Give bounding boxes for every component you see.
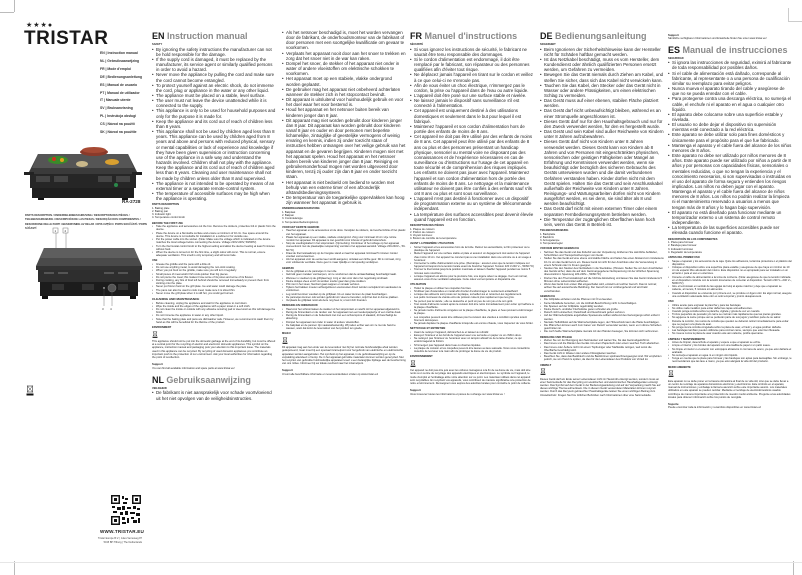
- list-item: The user must not leave the device unatt…: [152, 98, 276, 108]
- cleaning-list: Haal voor het schoonmaken de stekker uit…: [282, 308, 406, 330]
- weee-bin-icon: [410, 360, 416, 367]
- column-fr: FR Manuel d'instructions SÉCURITÉ Si vou…: [410, 30, 534, 396]
- first-use-list: Sortez l'appareil et les accessoires hor…: [410, 246, 534, 281]
- section-heading-de: DE Bedienungsanleitung: [540, 31, 664, 41]
- weee-bin-icon: [152, 331, 158, 338]
- language-item: FR | Mode d'emploi: [100, 66, 142, 74]
- list-item: By ignoring the safety instructions the …: [152, 47, 276, 57]
- list-item: Wenn das Gerät zum ersten Mal eingeschal…: [540, 283, 664, 293]
- list-item: Dit apparaat is uitsluitend voor huishou…: [282, 97, 406, 107]
- list-item: Das Gerät darf nicht mit einem externen …: [540, 206, 664, 216]
- brand-name: TRISTAR: [24, 29, 108, 48]
- list-item: The appliance is not intended to be oper…: [152, 181, 276, 191]
- list-item: Dieses Gerät darf nicht von Kindern unte…: [540, 139, 664, 206]
- list-item: L'appareil n'est pas destiné à fonctionn…: [410, 196, 534, 211]
- list-item: Si le cordon d'alimentation est endommag…: [410, 57, 534, 72]
- safety-list: De fabrikant is niet aansprakelijk voor …: [152, 390, 276, 400]
- list-item: If the supply cord is damaged, it must b…: [152, 57, 276, 72]
- list-item: Verplaats de grillplaat nooit als deze n…: [282, 299, 406, 302]
- list-item: This appliance is only to be used for ho…: [152, 108, 276, 118]
- safety-list: Si ignora las instrucciones de seguridad…: [668, 60, 792, 235]
- model-number: RA-2728: [122, 199, 140, 204]
- list-item: Ist das Netzkabel beschädigt, muss es vo…: [540, 57, 664, 72]
- svg-text:4: 4: [110, 307, 112, 311]
- section-heading-en: EN Instruction manual: [152, 31, 276, 41]
- environment-text: Este aparato no se debe poner en la basu…: [668, 380, 792, 399]
- list-item: Het apparaat is niet bedoeld om bediend …: [282, 180, 406, 195]
- cleaning-list: Before cleaning, unplug the appliance an…: [152, 302, 276, 324]
- list-item: De fabrikant is niet aansprakelijk voor …: [152, 390, 276, 400]
- list-item: El aparato no está diseñado para funcion…: [668, 210, 792, 225]
- brand-logo: ★★★● TRISTAR: [24, 22, 108, 48]
- weee-bin-icon: [26, 384, 34, 396]
- weee-bin-icon: [282, 337, 288, 344]
- svg-text:3: 3: [102, 307, 104, 311]
- language-item: SV | Bruksanvisning: [100, 105, 142, 113]
- list-item: Houd het apparaat en het netsnoer buiten…: [282, 107, 406, 117]
- cover-panel: ★★★● TRISTAR EN | Instruction manual NL …: [0, 0, 148, 575]
- list-item: Coloque el dispositivo sobre una superfi…: [668, 266, 792, 276]
- list-item: Bewegen Sie das Gerät niemals durch Zieh…: [540, 72, 664, 82]
- column-de: DE Bedienungsanleitung SICHERHEIT Beim I…: [540, 30, 664, 397]
- list-item: 4. Temperaturregler: [540, 242, 664, 245]
- list-item: Das Gerät muss auf einer ebenen, stabile…: [540, 98, 664, 108]
- support-text: Sämtliche verfügbaren Informationen und …: [668, 37, 792, 40]
- environment-text: This appliance should not be put into th…: [152, 340, 276, 359]
- company-address: Tristar Europe B.V. | Jules Verneweg 87 …: [92, 537, 142, 546]
- list-item: Este aparato no debe ser utilizado por n…: [668, 153, 792, 210]
- column-es: Support Sämtliche verfügbaren Informatio…: [668, 27, 792, 410]
- list-item: Ne laissez jamais le dispositif sans sur…: [410, 98, 534, 108]
- list-item: El aparato debe colocarse sobre una supe…: [668, 112, 792, 122]
- list-item: De gebruiker mag het apparaat niet onbeh…: [282, 87, 406, 97]
- parts-list: 1. Plaque de cuisson 2. Poêlon de cuisso…: [410, 228, 534, 241]
- list-item: Conecte el cable de alimentación a la to…: [668, 276, 792, 286]
- section-heading-nl: NL Gebruiksaanwijzing: [152, 375, 276, 385]
- list-item: Keep the appliance and its cord out of r…: [152, 119, 276, 129]
- weee-bin-icon: [540, 368, 546, 375]
- list-item: Beim Ignorieren der Sicherheitshinweise …: [540, 47, 664, 57]
- language-item: IT | Manuale utente: [100, 97, 142, 105]
- list-item: Als het netsnoer beschadigd is, moet het…: [282, 30, 406, 51]
- first-use-list: Nehmen Sie das Gerät und das Zubehör aus…: [540, 251, 664, 293]
- list-item: Mettez l'appareil sur une surface stable…: [410, 252, 534, 262]
- use-list: Utilice aceite para engrasar la plancha …: [668, 304, 792, 336]
- use-list: Vet de grillplaat en de pannetjes in met…: [282, 270, 406, 302]
- list-item: Het apparaat moet op een stabiele, vlakk…: [282, 76, 406, 86]
- language-item: EN | Instruction manual: [100, 50, 142, 58]
- list-item: No mueva nunca la placa de asar cuando e…: [668, 332, 792, 335]
- safety-list: Als het netsnoer beschadigd is, moet het…: [282, 30, 406, 205]
- use-list: Grease the griddle and the pans with a l…: [152, 263, 276, 295]
- language-item: NL | Gebruiksaanwijzing: [100, 58, 142, 66]
- list-item: Cuando el dispositivo se enciende por pr…: [668, 292, 792, 298]
- support-text: Puede encontrar toda la información y re…: [668, 406, 792, 409]
- first-use-list: Take the appliance and accessories out t…: [152, 225, 276, 257]
- website-link[interactable]: WWW.TRISTAR.EU: [100, 529, 144, 534]
- list-item: Cet appareil est uniquement destiné à de…: [410, 108, 534, 123]
- first-use-list: Saque el aparato y los accesorios de la …: [668, 260, 792, 298]
- list-item: Dit apparaat mag niet worden gebruikt do…: [282, 118, 406, 180]
- list-item: Die noch heiße Wärmeheizplatte niemals m…: [540, 330, 664, 333]
- list-item: Maintenez l'appareil et son cordon d'ali…: [410, 124, 534, 134]
- cleaning-list: Avant de nettoyer l'appareil, débranchez…: [410, 331, 534, 353]
- section-heading-fr: FR Manuel d'instructions: [410, 31, 534, 41]
- list-item: Als het apparaat voor de eerste keer wor…: [282, 258, 406, 264]
- environment-heading: UMWELT: [540, 364, 664, 368]
- support-text: U kunt alle beschikbare informatie en re…: [282, 373, 406, 376]
- safety-list: By ignoring the safety instructions the …: [152, 47, 276, 202]
- environment-heading: ENVIRONMENT: [152, 326, 276, 330]
- environment-heading: ENVIRONNEMENT: [410, 355, 534, 359]
- parts-list: 1. Backplatte 2. Backform 3. Anzeigelamp…: [540, 233, 664, 246]
- list-item: 4. Temperature control knob: [152, 216, 276, 219]
- list-item: Das Gerät darf nicht unbeaufsichtigt ble…: [540, 108, 664, 118]
- list-item: Verplaats het apparaat nooit door aan he…: [282, 51, 406, 61]
- list-item: When the device is turned on for the fir…: [152, 251, 276, 257]
- list-item: La température des surfaces accessibles …: [410, 212, 534, 222]
- list-item: Si vous ignorez les instructions de sécu…: [410, 47, 534, 57]
- use-list: Huilez la plaque et utilisez les coupell…: [410, 287, 534, 325]
- environment-heading: MILIEU: [282, 332, 406, 336]
- product-photo: [24, 142, 142, 202]
- list-item: To protect yourself against an electric …: [152, 83, 276, 93]
- list-item: Este aparato se debe utilizar solo para …: [668, 132, 792, 142]
- safety-list: Si vous ignorez les instructions de sécu…: [410, 47, 534, 222]
- list-item: The temperature of accessible surfaces m…: [152, 191, 276, 201]
- support-text: You can find all available information a…: [152, 367, 276, 370]
- list-item: 4. Temperatuurbedieningsknop: [282, 221, 406, 224]
- list-item: Tauchen Sie das Kabel, den Stecker oder …: [540, 83, 664, 98]
- language-item: PT | Manual de utilizador: [100, 90, 142, 98]
- list-item: 4. Regulador de temperatura: [668, 251, 792, 254]
- column-en: EN Instruction manual SAFETY By ignoring…: [152, 30, 276, 401]
- list-item: Never move the appliance by pulling the …: [152, 72, 276, 82]
- environment-text: Dieses Gerät darf am Ende seiner Lebensd…: [540, 378, 664, 397]
- language-item: ES | Manual de usuario: [100, 82, 142, 90]
- list-item: Stellen Sie das Gerät auf eine ebene und…: [540, 257, 664, 267]
- weee-bin-icon: [668, 370, 674, 377]
- list-item: Die Temperatur der zugänglichen Oberfläc…: [540, 217, 664, 227]
- language-item: DE | Bedienungsanleitung: [100, 74, 142, 82]
- crop-mark: [793, 561, 794, 575]
- list-item: Lorsque l'appareil est allumé pour la pr…: [410, 275, 534, 281]
- list-item: Para protegerse contra una descarga eléc…: [668, 96, 792, 111]
- list-item: De temperatuur van de toegankelijke oppe…: [282, 195, 406, 205]
- language-item: PL | Instrukcja obsługi: [100, 113, 142, 121]
- language-item: CS | Návod na použití: [100, 121, 142, 129]
- parts-list: 1. Baking plate 2. Baking pan 3. Indicat…: [152, 207, 276, 220]
- list-item: Stecken Sie den Stecker des Netzkabels i…: [540, 267, 664, 277]
- list-item: 4. Bouton de contrôle de la température: [410, 237, 534, 240]
- list-item: Cet appareil ne doit pas être utilisé pa…: [410, 134, 534, 196]
- list-item: Dompel het snoer, de stekker of het appa…: [282, 61, 406, 76]
- list-item: Ne déplacez jamais l'appareil en tirant …: [410, 72, 534, 82]
- language-index: EN | Instruction manual NL | Gebruiksaan…: [100, 50, 142, 137]
- column-nl: Als het netsnoer beschadigd is, moet het…: [282, 30, 406, 376]
- list-item: Dieses Gerät darf nur für den Haushaltsg…: [540, 119, 664, 129]
- list-item: El usuario no debe dejar el dispositivo …: [668, 122, 792, 132]
- cleaning-list: Ziehen Sie vor der Reinigung den Netzste…: [540, 339, 664, 361]
- list-item: This appliance shall not be used by chil…: [152, 129, 276, 181]
- safety-list: Beim Ignorieren der Sicherheitshinweise …: [540, 47, 664, 227]
- list-item: Si ignora las instrucciones de seguridad…: [668, 60, 792, 70]
- list-item: De bakplaat en de pannen zijn vaatwasbes…: [282, 324, 406, 330]
- environment-text: Dit apparaat mag aan het einde van de le…: [282, 346, 406, 365]
- list-item: Nunca mueva el aparato tirando del cable…: [668, 86, 792, 96]
- language-item: SK | Návod na použitie: [100, 129, 142, 137]
- first-use-list: Haal het apparaat en de accessoires uit …: [282, 229, 406, 264]
- environment-text: Cet appareil ne doit pas être jeté avec …: [410, 369, 534, 385]
- cleaning-list: Antes de limpiar, desenchufe el aparato …: [668, 341, 792, 363]
- section-heading-es: ES Manual de instrucciones: [668, 45, 792, 55]
- environment-heading: MEDIO AMBIENTE: [668, 366, 792, 370]
- list-item: Stop de voedingskabel in het stopcontact…: [282, 242, 406, 252]
- list-item: Ne jamais déplacer la plaque chauffante …: [410, 322, 534, 325]
- list-item: Mantenga el aparato y el cable fuera del…: [668, 143, 792, 153]
- use-list: Die Grillplatte einfetten und die Pfanne…: [540, 298, 664, 333]
- list-item: Si el cable de alimentación está dañado,…: [668, 71, 792, 86]
- list-item: La plaque de cuisson et les coupelles pe…: [410, 347, 534, 353]
- qr-code[interactable]: [111, 495, 141, 525]
- crop-mark: [788, 8, 802, 22]
- parts-list: 1. Bakplaat 2. Bakpan 3. Controlelampje …: [282, 211, 406, 224]
- list-item: Never move the grill plate when it is st…: [152, 292, 276, 295]
- list-item: La temperatura de las superficies accesi…: [668, 225, 792, 235]
- list-item: Beachten Sie, dass das Backblech und die…: [540, 355, 664, 361]
- parts-list: 1. Placa para hornear 2. Bandeja para ho…: [668, 241, 792, 254]
- list-item: Tenga en cuenta que la placa para hornea…: [668, 357, 792, 363]
- list-item: Afin de vous éviter un choc électrique, …: [410, 83, 534, 93]
- list-item: Das Gerät und sein Kabel sind außer Reic…: [540, 129, 664, 139]
- product-diagram: 1 2 3 4: [30, 222, 142, 312]
- support-text: Vous trouverez toutes les informations e…: [410, 393, 534, 396]
- list-item: Note that the baking plate and pans are …: [152, 318, 276, 324]
